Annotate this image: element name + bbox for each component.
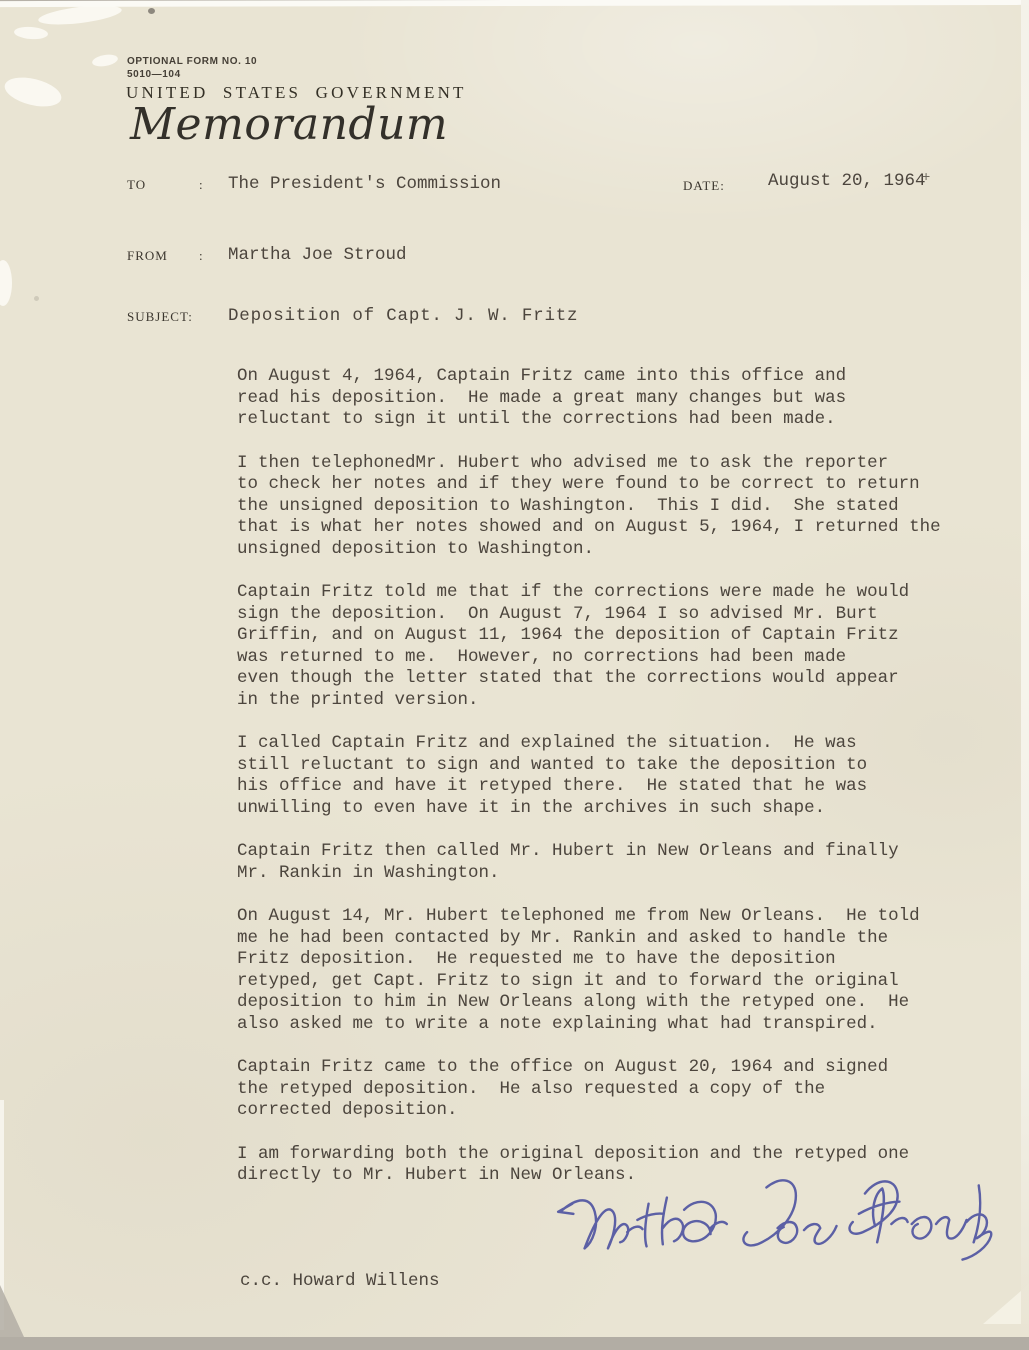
cc-line: c.c. Howard Willens bbox=[240, 1271, 440, 1291]
torn-edge-spot bbox=[91, 53, 119, 68]
subject-label: SUBJECT: bbox=[127, 309, 193, 325]
pen-mark-plus: + bbox=[922, 168, 930, 184]
body-paragraph: Captain Fritz told me that if the correc… bbox=[237, 582, 947, 711]
subject-value: Deposition of Capt. J. W. Fritz bbox=[228, 306, 578, 326]
memo-title: Memorandum bbox=[130, 99, 448, 150]
body-paragraph: Captain Fritz then called Mr. Hubert in … bbox=[237, 841, 947, 884]
form-number-line1: OPTIONAL FORM NO. 10 bbox=[127, 55, 257, 68]
body-paragraph: I called Captain Fritz and explained the… bbox=[237, 733, 947, 819]
body-paragraph: Captain Fritz came to the office on Augu… bbox=[237, 1057, 947, 1122]
paper-speck bbox=[34, 296, 39, 301]
paper-sheet: OPTIONAL FORM NO. 10 5010—104 UNITED STA… bbox=[0, 5, 1029, 1337]
scanned-memo-page: OPTIONAL FORM NO. 10 5010—104 UNITED STA… bbox=[0, 0, 1029, 1350]
from-label: FROM bbox=[127, 248, 168, 264]
body-paragraph: On August 14, Mr. Hubert telephoned me f… bbox=[237, 906, 947, 1035]
to-value: The President's Commission bbox=[228, 174, 501, 194]
paper-speck bbox=[148, 8, 155, 14]
memo-body: On August 4, 1964, Captain Fritz came in… bbox=[237, 366, 947, 1209]
torn-edge-spot bbox=[14, 26, 49, 40]
to-label: TO bbox=[127, 177, 146, 193]
from-separator: : bbox=[199, 248, 204, 264]
body-paragraph: On August 4, 1964, Captain Fritz came in… bbox=[237, 366, 947, 431]
torn-edge-spot bbox=[0, 260, 12, 306]
body-paragraph: I then telephonedMr. Hubert who advised … bbox=[237, 453, 947, 561]
date-label: DATE: bbox=[683, 178, 725, 194]
scan-strip-bottom bbox=[0, 1337, 1029, 1350]
signature bbox=[548, 1167, 995, 1279]
form-number-block: OPTIONAL FORM NO. 10 5010—104 bbox=[127, 55, 257, 81]
scan-edge-right bbox=[1021, 0, 1029, 1337]
to-separator: : bbox=[199, 177, 204, 193]
signature-stroke bbox=[558, 1180, 991, 1259]
torn-edge-spot bbox=[2, 72, 65, 111]
from-value: Martha Joe Stroud bbox=[228, 245, 407, 265]
date-value: August 20, 1964 bbox=[768, 171, 926, 191]
form-number-line2: 5010—104 bbox=[127, 68, 257, 81]
